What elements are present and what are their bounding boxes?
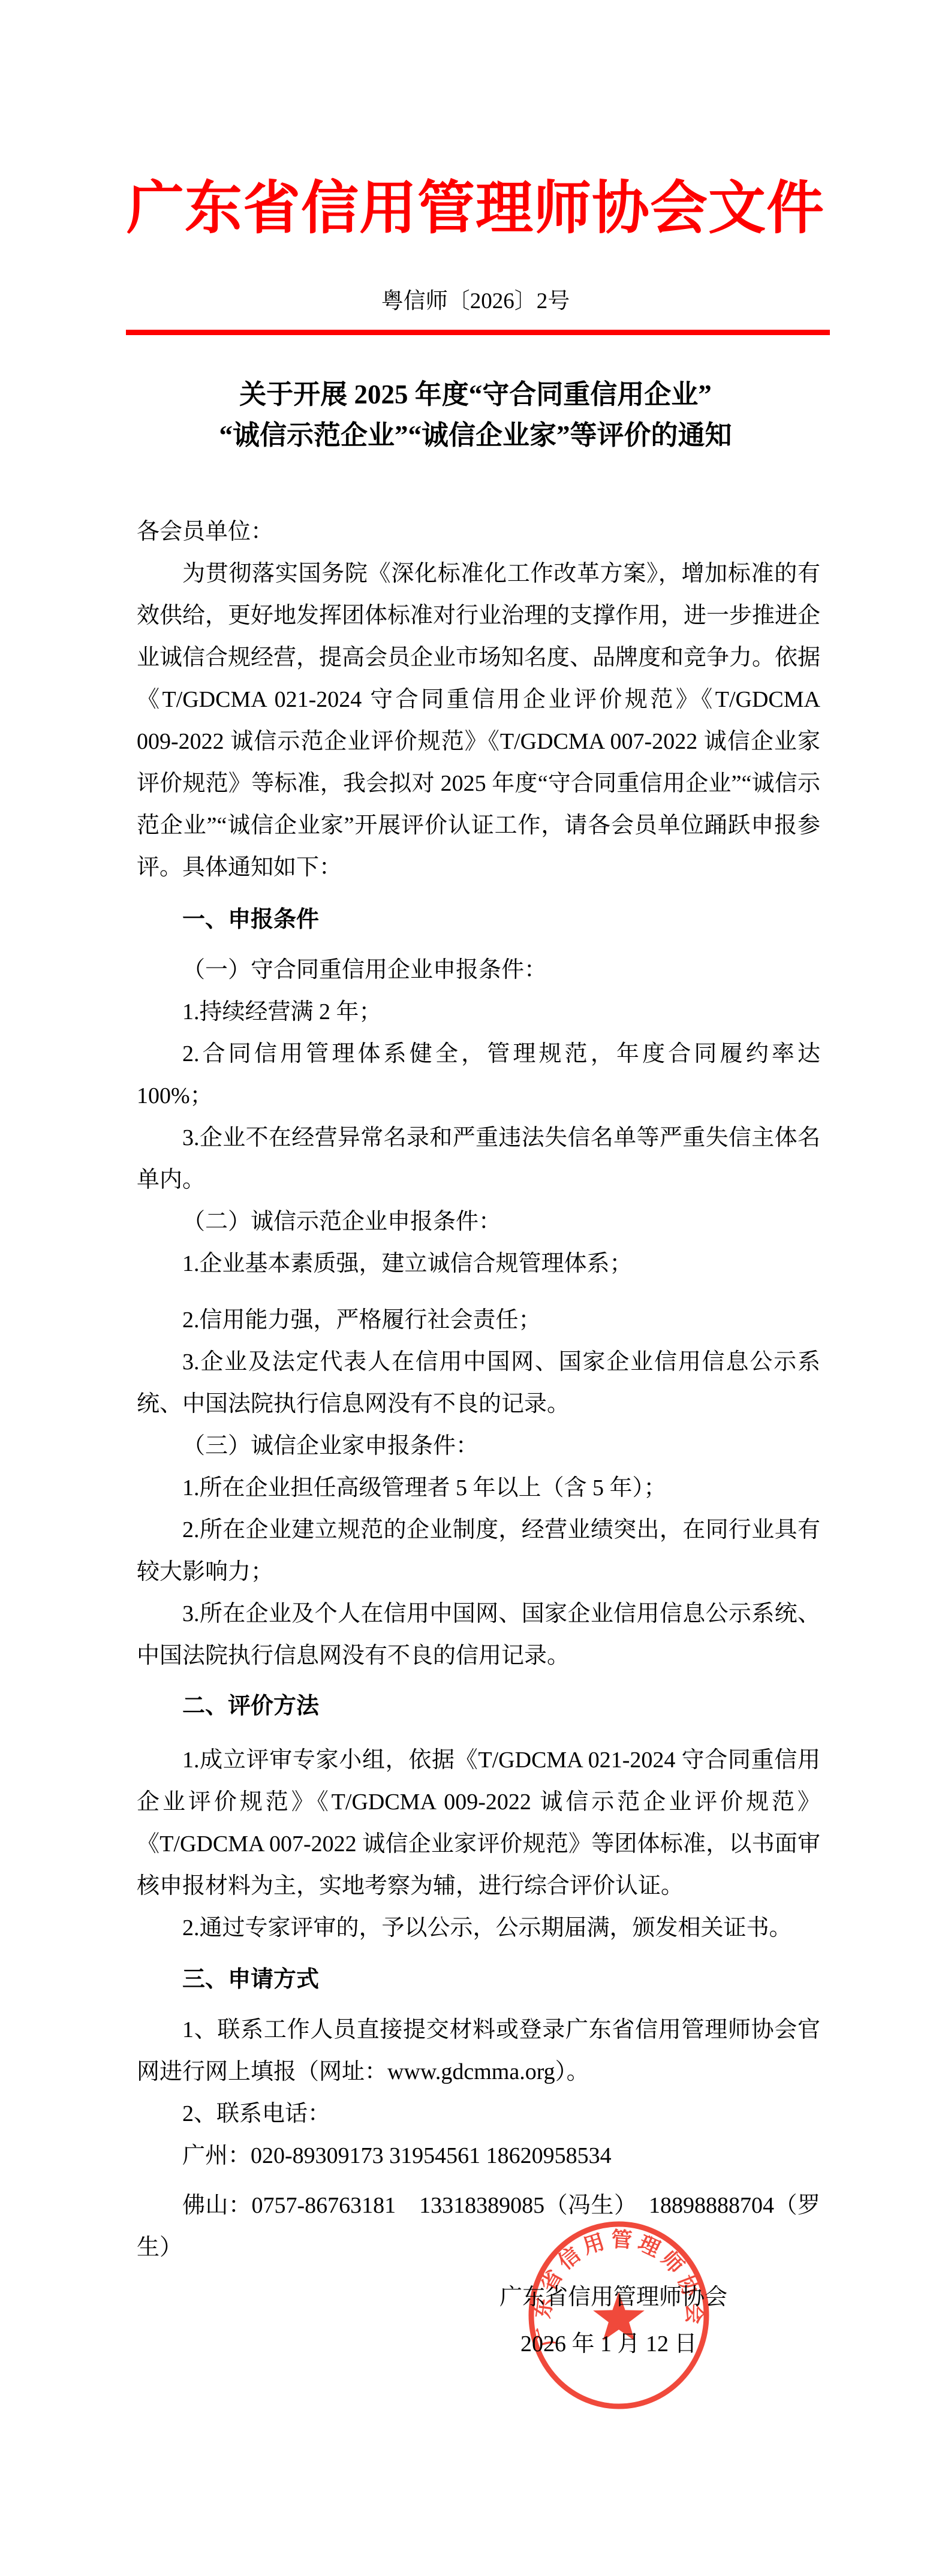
body-paragraph: 1.企业基本素质强，建立诚信合规管理体系； [137,1243,820,1285]
seal-star-icon [593,2292,645,2340]
body-paragraph: 3.企业不在经营异常名录和严重违法失信名单等严重失信主体名单内。 [137,1117,820,1201]
body-paragraph: 2、联系电话： [137,2093,820,2135]
body-paragraph: （三）诚信企业家申报条件： [137,1425,820,1467]
seal-arc-text: 广东省信用管理师协会 [531,2228,706,2349]
body-paragraph: 广州：020-89309173 31954561 18620958534 [137,2135,820,2177]
body-paragraph: （二）诚信示范企业申报条件： [137,1201,820,1243]
section-heading: 一、申报条件 [137,898,820,940]
body-paragraph: 2.信用能力强，严格履行社会责任； [137,1299,820,1341]
body-paragraph: 1、联系工作人员直接提交材料或登录广东省信用管理师协会官网进行网上填报（网址：w… [137,2009,820,2093]
document-title: 关于开展 2025 年度“守合同重信用企业” “诚信示范企业”“诚信企业家”等评… [0,374,951,456]
body-paragraph: 2.通过专家评审的，予以公示，公示期届满，颁发相关证书。 [137,1907,820,1949]
body-paragraph: 1.成立评审专家小组，依据《T/GDCMA 021-2024 守合同重信用企业评… [137,1739,820,1907]
document-title-line1: 关于开展 2025 年度“守合同重信用企业” [0,374,951,415]
document-body: 各会员单位：为贯彻落实国务院《深化标准化工作改革方案》，增加标准的有效供给，更好… [137,511,820,2268]
section-heading: 三、申请方式 [137,1958,820,2000]
body-paragraph: 为贯彻落实国务院《深化标准化工作改革方案》，增加标准的有效供给，更好地发挥团体标… [137,553,820,888]
red-letterhead-title: 广东省信用管理师协会文件 [0,161,951,257]
document-page: 广东省信用管理师协会文件 粤信师〔2026〕2号 关于开展 2025 年度“守合… [0,0,951,2576]
salutation: 各会员单位： [137,511,820,553]
body-paragraph: 3.所在企业及个人在信用中国网、国家企业信用信息公示系统、中国法院执行信息网没有… [137,1593,820,1677]
document-title-line2: “诚信示范企业”“诚信企业家”等评价的通知 [0,415,951,456]
body-paragraph: 1.所在企业担任高级管理者 5 年以上（含 5 年）； [137,1467,820,1509]
body-paragraph: 3.企业及法定代表人在信用中国网、国家企业信用信息公示系统、中国法院执行信息网没… [137,1341,820,1425]
body-paragraph: （一）守合同重信用企业申报条件： [137,949,820,991]
section-heading: 二、评价方法 [137,1685,820,1727]
body-paragraph: 佛山：0757-86763181 13318389085（冯生） 1889888… [137,2185,820,2268]
body-paragraph: 1.持续经营满 2 年； [137,991,820,1033]
document-number: 粤信师〔2026〕2号 [0,288,951,315]
body-paragraph: 2.所在企业建立规范的企业制度，经营业绩突出，在同行业具有较大影响力； [137,1509,820,1593]
red-divider-line [126,330,830,335]
svg-text:广东省信用管理师协会: 广东省信用管理师协会 [531,2228,706,2349]
official-seal: 广东省信用管理师协会 [526,2219,711,2411]
body-paragraph: 2.合同信用管理体系健全，管理规范，年度合同履约率达 100%； [137,1033,820,1117]
